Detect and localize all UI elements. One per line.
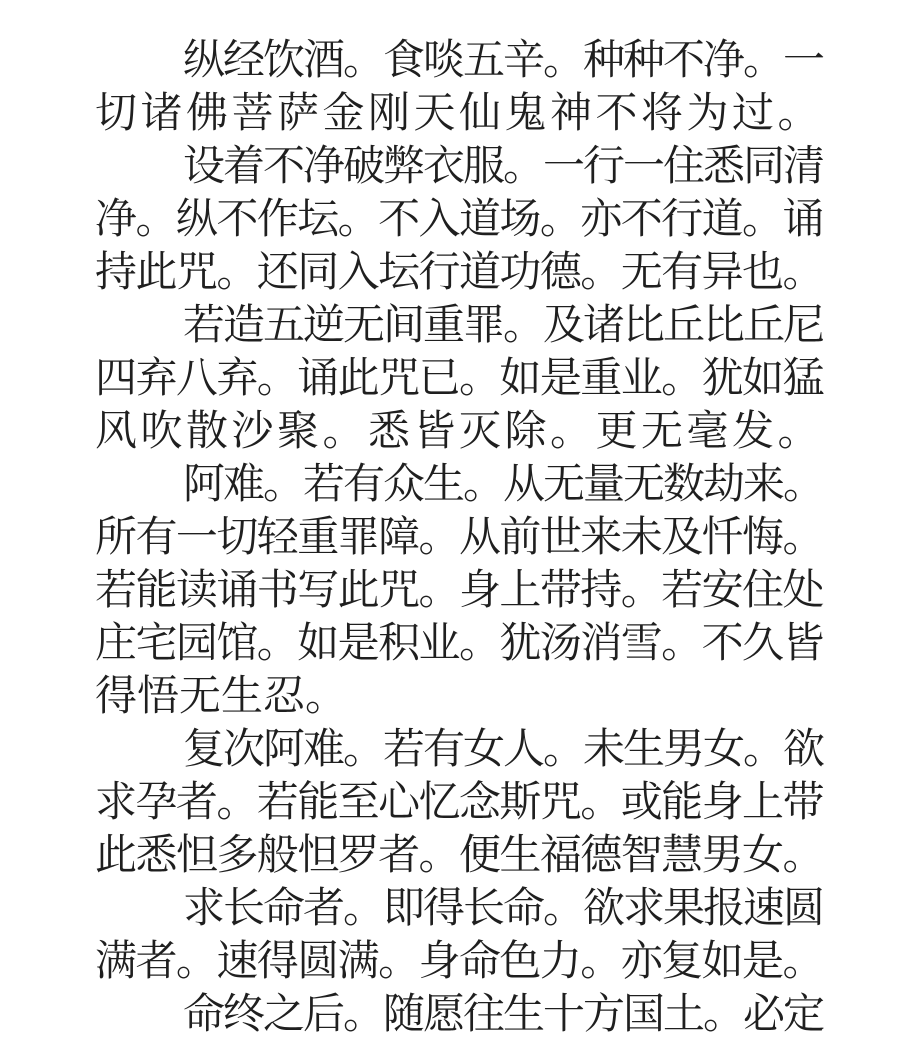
text-line: 阿难。若有众生。从无量无数劫来。 [95, 459, 823, 512]
text-block: 纵经饮酒。食啖五辛。种种不净。一切诸佛菩萨金刚天仙鬼神不将为过。设着不净破弊衣服… [95, 35, 823, 1042]
text-line: 若能读诵书写此咒。身上带持。若安住处 [95, 565, 823, 618]
text-line: 所有一切轻重罪障。从前世来未及忏悔。 [95, 512, 823, 565]
text-line: 庄宅园馆。如是积业。犹汤消雪。不久皆 [95, 618, 823, 671]
text-line: 风吹散沙聚。悉皆灭除。更无毫发。 [95, 406, 823, 459]
text-line: 持此咒。还同入坛行道功德。无有异也。 [95, 247, 823, 300]
text-line: 求长命者。即得长命。欲求果报速圆 [95, 883, 823, 936]
text-line: 求孕者。若能至心忆念斯咒。或能身上带 [95, 777, 823, 830]
text-line: 四弃八弃。诵此咒已。如是重业。犹如猛 [95, 353, 823, 406]
text-line: 复次阿难。若有女人。未生男女。欲 [95, 724, 823, 777]
text-line: 得悟无生忍。 [95, 671, 823, 724]
text-line: 净。纵不作坛。不入道场。亦不行道。诵 [95, 194, 823, 247]
document-page: 纵经饮酒。食啖五辛。种种不净。一切诸佛菩萨金刚天仙鬼神不将为过。设着不净破弊衣服… [0, 0, 898, 1056]
text-line: 纵经饮酒。食啖五辛。种种不净。一 [95, 35, 823, 88]
text-line: 命终之后。随愿往生十方国土。必定 [95, 989, 823, 1042]
text-line: 切诸佛菩萨金刚天仙鬼神不将为过。 [95, 88, 823, 141]
text-line: 若造五逆无间重罪。及诸比丘比丘尼 [95, 300, 823, 353]
text-line: 此悉怛多般怛罗者。便生福德智慧男女。 [95, 830, 823, 883]
text-line: 设着不净破弊衣服。一行一住悉同清 [95, 141, 823, 194]
text-line: 满者。速得圆满。身命色力。亦复如是。 [95, 936, 823, 989]
